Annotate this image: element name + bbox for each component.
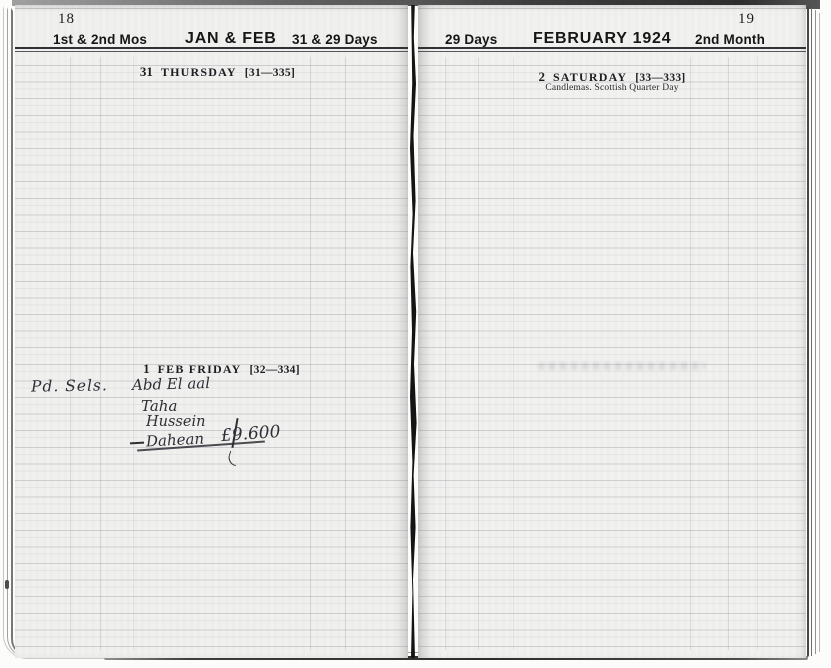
handwriting-line: Hussein xyxy=(146,414,205,430)
day-range: [31—335] xyxy=(245,67,295,79)
header-title: JAN & FEB xyxy=(185,30,277,48)
vertical-rule xyxy=(133,57,134,650)
handwriting-flourish xyxy=(226,451,240,466)
handwriting-dash xyxy=(130,442,144,444)
ink-speck xyxy=(5,580,9,589)
vertical-rule xyxy=(70,57,71,650)
day-number: 2 xyxy=(538,69,545,84)
day-number: 1 xyxy=(143,361,150,376)
day-heading: 1 FEB FRIDAY [32—334] xyxy=(25,360,418,378)
day-number: 31 xyxy=(140,64,153,79)
header-rule xyxy=(418,47,806,49)
page-edge-line xyxy=(811,8,812,656)
vertical-rule xyxy=(690,57,691,650)
header-rule xyxy=(15,51,408,52)
ruled-lines xyxy=(418,65,806,650)
vertical-rule xyxy=(513,57,514,650)
handwriting-line: Pd. Sels. xyxy=(31,376,108,395)
header-months-label: 1st & 2nd Mos xyxy=(53,32,147,47)
vertical-rule xyxy=(445,57,446,650)
day-heading: 31 THURSDAY [31—335] xyxy=(21,63,414,81)
handwriting-line: Abd El aal xyxy=(132,374,210,394)
day-note: Candlemas. Scottish Quarter Day xyxy=(418,83,806,93)
page-number: 18 xyxy=(58,11,75,28)
handwriting-line: Taha xyxy=(141,397,177,415)
vertical-rule xyxy=(757,57,758,650)
page-number: 19 xyxy=(738,11,755,28)
header-rule xyxy=(418,51,806,52)
vertical-rule xyxy=(310,57,311,650)
vertical-rule xyxy=(478,57,479,650)
handwriting-line: Dahean xyxy=(146,429,205,450)
page-edge-line xyxy=(815,10,816,654)
binding-gutter xyxy=(408,5,418,658)
page-top-hairline xyxy=(418,8,806,9)
vertical-rule xyxy=(728,57,729,650)
page-edge-line xyxy=(807,6,809,657)
page-edge-line xyxy=(819,13,820,652)
handwriting-amount: £9.600 xyxy=(220,422,281,446)
vertical-rule xyxy=(345,57,346,650)
right-page-header: 29 Days FEBRUARY 1924 2nd Month xyxy=(418,29,806,49)
vertical-rule xyxy=(100,57,101,650)
day-name: THURSDAY xyxy=(161,65,237,79)
diary-scan: 18 1st & 2nd Mos JAN & FEB 31 & 29 Days … xyxy=(0,0,831,668)
header-title: FEBRUARY 1924 xyxy=(533,30,671,48)
left-page-header: 1st & 2nd Mos JAN & FEB 31 & 29 Days xyxy=(15,29,408,49)
left-page: 18 1st & 2nd Mos JAN & FEB 31 & 29 Days … xyxy=(15,5,408,658)
bleed-through-text xyxy=(538,362,706,370)
header-rule xyxy=(15,47,408,49)
ruled-lines xyxy=(15,65,408,650)
header-month-label: 2nd Month xyxy=(695,32,765,47)
right-page: 19 29 Days FEBRUARY 1924 2nd Month 2 SAT… xyxy=(418,5,806,658)
day-name: SATURDAY xyxy=(553,70,627,84)
header-days-label: 31 & 29 Days xyxy=(292,32,378,47)
day-range: [32—334] xyxy=(250,364,300,376)
header-days-label: 29 Days xyxy=(445,32,497,47)
page-top-hairline xyxy=(15,8,408,9)
